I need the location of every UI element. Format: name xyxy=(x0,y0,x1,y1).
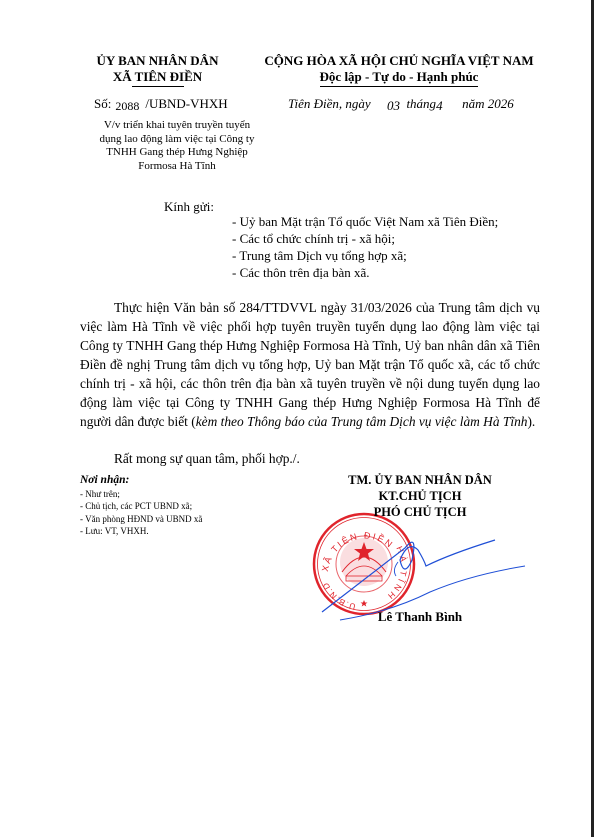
date-month: 4 xyxy=(436,98,443,113)
doc-number-suffix: /UBND-VHXH xyxy=(145,96,227,111)
signature-line-2: KT.CHỦ TỊCH xyxy=(320,488,520,504)
org-line-2: XÃ TIÊN ĐIỀN xyxy=(80,69,235,85)
date-day: 03 xyxy=(387,98,400,113)
body-paragraph: Thực hiện Văn bản số 284/TTDVVL ngày 31/… xyxy=(80,298,540,431)
body-attachment-note: kèm theo Thông báo của Trung tâm Dịch vụ… xyxy=(196,414,528,429)
addressee-item: - Trung tâm Dịch vụ tổng hợp xã; xyxy=(232,247,498,264)
recipients-block: Nơi nhận: - Như trên; - Chủ tịch, các PC… xyxy=(80,474,202,538)
doc-number-value: 2088 xyxy=(115,99,139,113)
recipient-item: - Văn phòng HĐND và UBND xã xyxy=(80,513,202,526)
recipients-heading: Nơi nhận: xyxy=(80,474,129,486)
nation-motto: Độc lập - Tự do - Hạnh phúc xyxy=(320,69,479,87)
recipient-item: - Như trên; xyxy=(80,488,202,501)
document-number: Số:2088/UBND-VHXH xyxy=(94,96,228,112)
date-year: năm 2026 xyxy=(462,96,514,111)
signature-line-1: TM. ỦY BAN NHÂN DÂN xyxy=(320,472,520,488)
recipient-item: - Chủ tịch, các PCT UBND xã; xyxy=(80,500,202,513)
date-month-label: tháng xyxy=(406,96,436,111)
addressee-item: - Uỷ ban Mặt trận Tổ quốc Việt Nam xã Ti… xyxy=(232,213,498,230)
subject-line: Formosa Hà Tĩnh xyxy=(80,160,274,174)
body-text: Thực hiện Văn bản số 284/TTDVVL ngày 31/… xyxy=(80,298,540,431)
signer-name: Lê Thanh Bình xyxy=(320,609,520,625)
addressee-item: - Các thôn trên địa bàn xã. xyxy=(232,264,498,281)
subject-line: V/v triển khai tuyên truyền tuyển xyxy=(80,119,274,133)
signature-block: TM. ỦY BAN NHÂN DÂN KT.CHỦ TỊCH PHÓ CHỦ … xyxy=(320,472,520,520)
recipient-item: - Lưu: VT, VHXH. xyxy=(80,525,202,538)
addressee-list: - Uỷ ban Mặt trận Tổ quốc Việt Nam xã Ti… xyxy=(232,213,498,281)
national-header: CỘNG HÒA XÃ HỘI CHỦ NGHĨA VIỆT NAM Độc l… xyxy=(258,53,540,87)
body-end: ). xyxy=(527,414,535,429)
addressee-label: Kính gửi: xyxy=(164,199,214,215)
nation-line-1: CỘNG HÒA XÃ HỘI CHỦ NGHĨA VIỆT NAM xyxy=(258,53,540,69)
org-line-1: ỦY BAN NHÂN DÂN xyxy=(80,53,235,69)
date-place: Tiên Điền, ngày xyxy=(288,96,371,111)
body-main-text: Thực hiện Văn bản số 284/TTDVVL ngày 31/… xyxy=(80,300,540,429)
subject-line: TNHH Gang thép Hưng Nghiệp xyxy=(80,146,274,160)
issuing-organization: ỦY BAN NHÂN DÂN XÃ TIÊN ĐIỀN xyxy=(80,53,235,87)
addressee-item: - Các tổ chức chính trị - xã hội; xyxy=(232,230,498,247)
subject-line: dụng lao động làm việc tại Công ty xyxy=(80,133,274,147)
document-date: Tiên Điền, ngày 03 tháng4 năm 2026 xyxy=(288,96,514,112)
org-underline xyxy=(132,86,184,87)
subject-summary: V/v triển khai tuyên truyền tuyển dụng l… xyxy=(80,119,274,173)
signature-line-3: PHÓ CHỦ TỊCH xyxy=(320,504,520,520)
doc-number-prefix: Số: xyxy=(94,96,111,111)
closing-line: Rất mong sự quan tâm, phối hợp./. xyxy=(114,451,300,467)
